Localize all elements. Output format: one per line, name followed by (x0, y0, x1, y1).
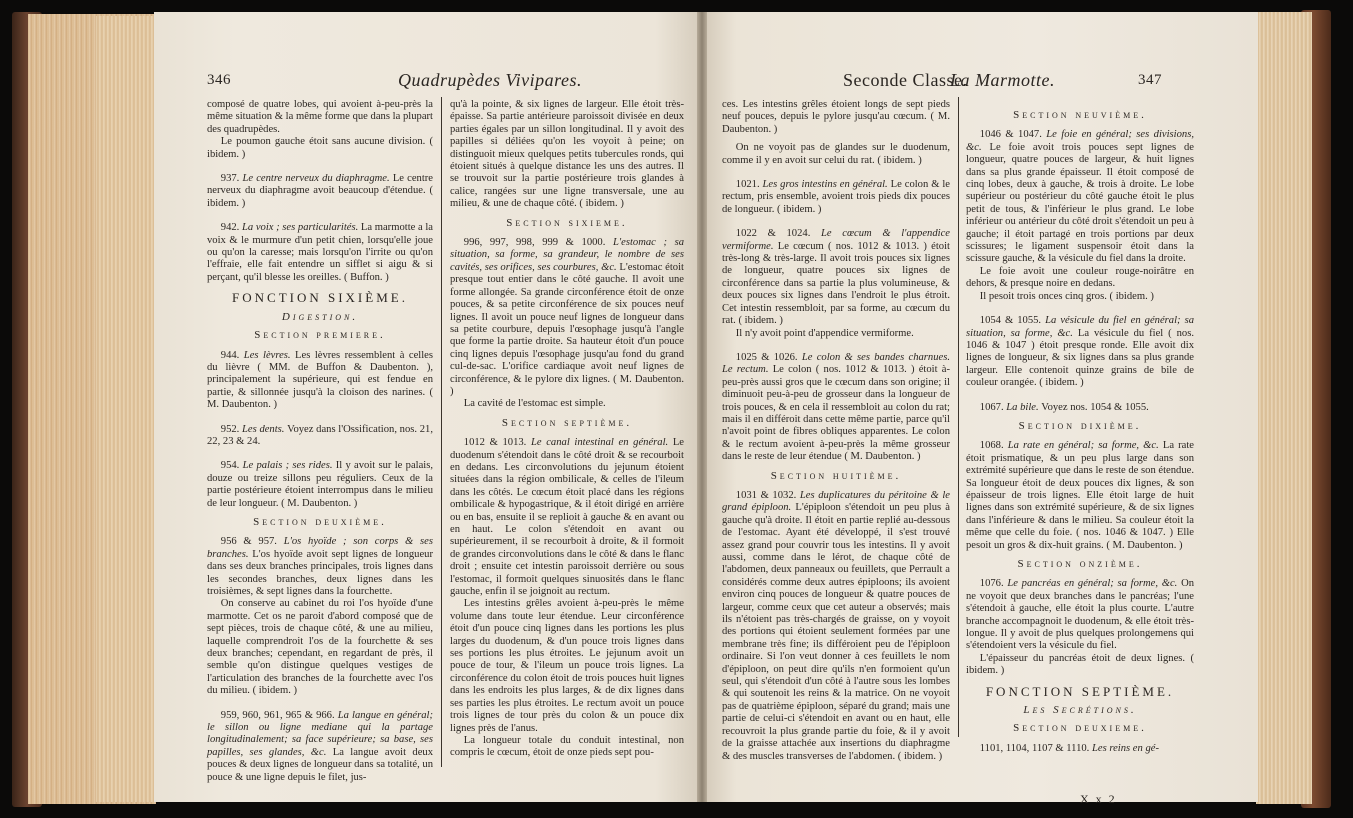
numbered-entry: 1031 & 1032. Les duplicatures du péritoi… (722, 490, 950, 763)
spacer (722, 216, 950, 228)
entry-title: Les reins en gé- (1092, 743, 1159, 754)
numbered-entry: 944. Les lèvres. Les lèvres ressemblent … (207, 350, 433, 412)
entry-number: 954. (221, 460, 243, 471)
paragraph: Il pesoit trois onces cinq gros. ( ibide… (966, 291, 1194, 303)
left-page-column-1: composé de quatre lobes, qui avoient à-p… (207, 99, 433, 784)
right-page-number: 347 (1138, 72, 1162, 89)
numbered-entry: 1054 & 1055. La vésicule du fiel en géné… (966, 315, 1194, 389)
entry-title: Le centre nerveux du diaphragme. (242, 173, 392, 184)
entry-title: Les dents. (242, 424, 287, 435)
entry-number: 1076. (980, 578, 1008, 589)
left-running-title: Quadrupèdes Vivipares. (398, 70, 582, 91)
spacer (207, 161, 433, 173)
left-page-column-2: qu'à la pointe, & six lignes de largeur.… (450, 99, 684, 760)
numbered-entry: 942. La voix ; ses particularités. La ma… (207, 222, 433, 284)
entry-number: 1068. (980, 440, 1008, 451)
entry-number: 959, 960, 961, 965 & 966. (221, 710, 338, 721)
paragraph: composé de quatre lobes, qui avoient à-p… (207, 99, 433, 136)
numbered-entry: 956 & 957. L'os hyoïde ; son corps & ses… (207, 536, 433, 598)
book-gutter (697, 12, 707, 802)
section-heading: Section sixieme. (450, 217, 684, 229)
spacer (966, 303, 1194, 315)
page-edges-left-inner (96, 16, 156, 802)
section-heading: Section huitième. (722, 470, 950, 482)
entry-number: 1022 & 1024. (736, 228, 821, 239)
entry-number: 1101, 1104, 1107 & 1110. (980, 743, 1092, 754)
numbered-entry: 996, 997, 998, 999 & 1000. L'estomac ; s… (450, 237, 684, 398)
column-rule-left (441, 97, 442, 767)
fonction-heading: FONCTION SIXIÈME. (207, 292, 433, 304)
section-heading: Section deuxieme. (966, 722, 1194, 734)
entry-title: Les gros intestins en général. (763, 179, 891, 190)
entry-number: 1025 & 1026. (736, 352, 802, 363)
spacer (207, 448, 433, 460)
paragraph: Il n'y avoit point d'appendice vermiform… (722, 328, 950, 340)
numbered-entry: 952. Les dents. Voyez dans l'Ossificatio… (207, 424, 433, 449)
column-rule-right (958, 97, 959, 737)
right-running-title-class: Seconde Classe. (843, 70, 967, 91)
entry-body: L'épiploon s'étendoit un peu plus à gauc… (722, 502, 950, 761)
numbered-entry: 1068. La rate en général; sa forme, &c. … (966, 440, 1194, 552)
entry-title: La bile. (1006, 402, 1041, 413)
entry-body: Le colon ( nos. 1012 & 1013. ) étoit à-p… (722, 364, 950, 462)
subheading: Digestion. (207, 311, 433, 323)
section-heading: Section dixième. (966, 420, 1194, 432)
entry-body: L'estomac étoit presque tout entier dans… (450, 262, 684, 397)
paragraph: Le poumon gauche étoit sans aucune divis… (207, 136, 433, 161)
paragraph: L'épaisseur du pancréas étoit de deux li… (966, 653, 1194, 678)
numbered-entry: 1101, 1104, 1107 & 1110. Les reins en gé… (966, 743, 1194, 755)
entry-number: 1067. (980, 402, 1006, 413)
entry-body: Le foie avoit trois pouces sept lignes d… (966, 142, 1194, 265)
entry-number: 1031 & 1032. (736, 490, 800, 501)
section-heading: Section premiere. (207, 329, 433, 341)
spacer (966, 390, 1194, 402)
numbered-entry: 1022 & 1024. Le cœcum & l'appendice verm… (722, 228, 950, 327)
entry-body: Voyez nos. 1054 & 1055. (1041, 402, 1149, 413)
entry-title: Les lèvres. (244, 350, 295, 361)
entry-body: Le cœcum ( nos. 1012 & 1013. ) étoit trè… (722, 241, 950, 326)
entry-number: 1046 & 1047. (980, 129, 1047, 140)
entry-number: 956 & 957. (221, 536, 284, 547)
spacer (207, 210, 433, 222)
entry-number: 937. (221, 173, 243, 184)
entry-number: 996, 997, 998, 999 & 1000. (464, 237, 613, 248)
spacer (722, 167, 950, 179)
entry-body: La rate étoit prismatique, & un peu plus… (966, 440, 1194, 550)
page-edges-right (1256, 12, 1312, 804)
numbered-entry: 954. Le palais ; ses rides. Il y avoit s… (207, 460, 433, 510)
paragraph: La cavité de l'estomac est simple. (450, 398, 684, 410)
paragraph: On conserve au cabinet du roi l'os hyoïd… (207, 598, 433, 697)
numbered-entry: 1021. Les gros intestins en général. Le … (722, 179, 950, 216)
section-heading: Section onzième. (966, 558, 1194, 570)
entry-body: Le duodenum s'étendoit dans le côté droi… (450, 437, 684, 597)
entry-number: 1054 & 1055. (980, 315, 1045, 326)
fonction-heading: FONCTION SEPTIÈME. (966, 686, 1194, 698)
paragraph: On ne voyoit pas de glandes sur le duode… (722, 142, 950, 167)
numbered-entry: 1025 & 1026. Le colon & ses bandes charn… (722, 352, 950, 464)
numbered-entry: 959, 960, 961, 965 & 966. La langue en g… (207, 710, 433, 784)
paragraph: La longueur totale du conduit intestinal… (450, 735, 684, 760)
numbered-entry: 937. Le centre nerveux du diaphragme. Le… (207, 173, 433, 210)
paragraph: Les intestins grêles avoient à-peu-près … (450, 598, 684, 734)
right-page-column-1: ces. Les intestins grêles étoient longs … (722, 99, 950, 763)
paragraph: ces. Les intestins grêles étoient longs … (722, 99, 950, 136)
numbered-entry: 1067. La bile. Voyez nos. 1054 & 1055. (966, 402, 1194, 414)
entry-number: 1021. (736, 179, 763, 190)
left-page-number: 346 (207, 72, 231, 89)
right-running-title-animal: La Marmotte. (950, 70, 1055, 91)
entry-number: 944. (221, 350, 244, 361)
entry-title: Le palais ; ses rides. (243, 460, 336, 471)
entry-title: La rate en général; sa forme, &c. (1008, 440, 1163, 451)
numbered-entry: 1012 & 1013. Le canal intestinal en géné… (450, 437, 684, 598)
numbered-entry: 1046 & 1047. Le foie en général; ses div… (966, 129, 1194, 265)
entry-number: 942. (221, 222, 242, 233)
section-heading: Section neuvième. (966, 109, 1194, 121)
signature-mark: X x 2 (1080, 792, 1117, 807)
paragraph: Le foie avoit une couleur rouge-noirâtre… (966, 266, 1194, 291)
entry-title: Le canal intestinal en général. (531, 437, 673, 448)
entry-title: Le pancréas en général; sa forme, &c. (1007, 578, 1181, 589)
section-heading: Section deuxième. (207, 516, 433, 528)
entry-title: La voix ; ses particularités. (242, 222, 361, 233)
entry-number: 1012 & 1013. (464, 437, 531, 448)
subheading: Les Secrétions. (966, 704, 1194, 716)
paragraph: qu'à la pointe, & six lignes de largeur.… (450, 99, 684, 211)
right-page-column-2: Section neuvième.1046 & 1047. Le foie en… (966, 103, 1194, 755)
section-heading: Section septième. (450, 417, 684, 429)
spacer (207, 698, 433, 710)
entry-number: 952. (221, 424, 242, 435)
spacer (722, 340, 950, 352)
numbered-entry: 1076. Le pancréas en général; sa forme, … (966, 578, 1194, 652)
spacer (207, 412, 433, 424)
